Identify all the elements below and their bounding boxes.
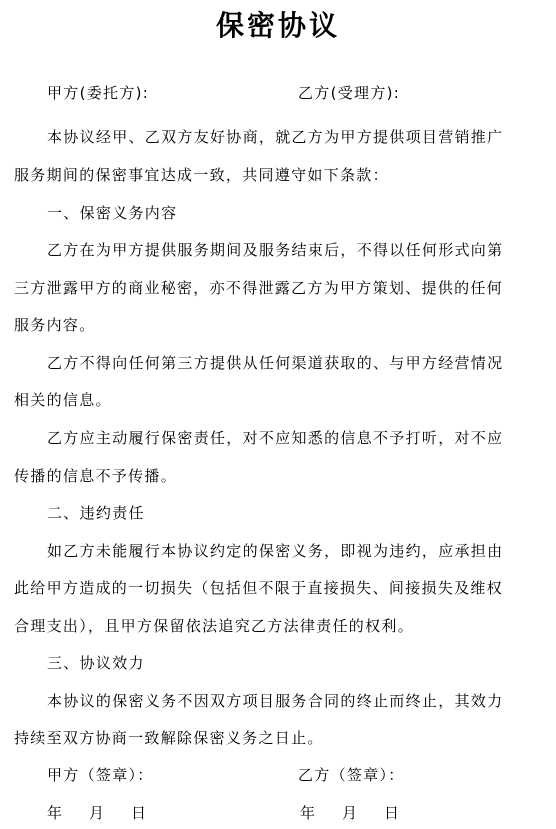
month-label: 月 (89, 803, 131, 823)
month-label: 月 (342, 803, 384, 823)
section-1-para-1-line-1: 乙方在为甲方提供服务期间及服务结束后，不得以任何形式向第 (47, 240, 503, 260)
day-label: 日 (131, 803, 147, 823)
section-1-para-1-line-2: 三方泄露甲方的商业秘密，亦不得泄露乙方为甲方策划、提供的任何 (14, 278, 503, 298)
section-1-para-2-line-1: 乙方不得向任何第三方提供从任何渠道获取的、与甲方经营情况 (47, 353, 503, 373)
party-b-date: 年月日 (300, 803, 400, 823)
section-1-para-3-line-1: 乙方应主动履行保密责任，对不应知悉的信息不予打听，对不应 (47, 428, 503, 448)
day-label: 日 (384, 803, 400, 823)
section-1-para-3-line-2: 传播的信息不予传播。 (14, 466, 177, 486)
section-2-para-1-line-2: 此给甲方造成的一切损失（包括但不限于直接损失、间接损失及维权 (14, 578, 503, 598)
section-2-para-1-line-3: 合理支出），且甲方保留依法追究乙方法律责任的权利。 (14, 616, 414, 636)
party-a-date: 年月日 (47, 803, 147, 823)
document-title: 保密协议 (0, 8, 556, 44)
intro-line-1: 本协议经甲、乙双方友好协商，就乙方为甲方提供项目营销推广 (47, 127, 503, 147)
party-b-label: 乙方(受理方): (298, 83, 400, 103)
section-3-para-1-line-2: 持续至双方协商一致解除保密义务之日止。 (14, 728, 324, 748)
section-3-heading: 三、协议效力 (47, 653, 145, 673)
party-a-label: 甲方(委托方): (47, 83, 149, 103)
section-2-heading: 二、违约责任 (47, 503, 145, 523)
section-1-para-1-line-3: 服务内容。 (14, 315, 96, 335)
year-label: 年 (47, 803, 89, 823)
section-2-para-1-line-1: 如乙方未能履行本协议约定的保密义务，即视为违约，应承担由 (47, 541, 503, 561)
party-b-signature-label: 乙方（签章）： (298, 765, 405, 785)
section-1-heading: 一、保密义务内容 (47, 203, 177, 223)
year-label: 年 (300, 803, 342, 823)
intro-line-2: 服务期间的保密事宜达成一致，共同遵守如下条款： (14, 165, 389, 185)
section-3-para-1-line-1: 本协议的保密义务不因双方项目服务合同的终止而终止，其效力 (47, 691, 503, 711)
section-1-para-2-line-2: 相关的信息。 (14, 390, 112, 410)
party-a-signature-label: 甲方（签章）： (47, 765, 154, 785)
